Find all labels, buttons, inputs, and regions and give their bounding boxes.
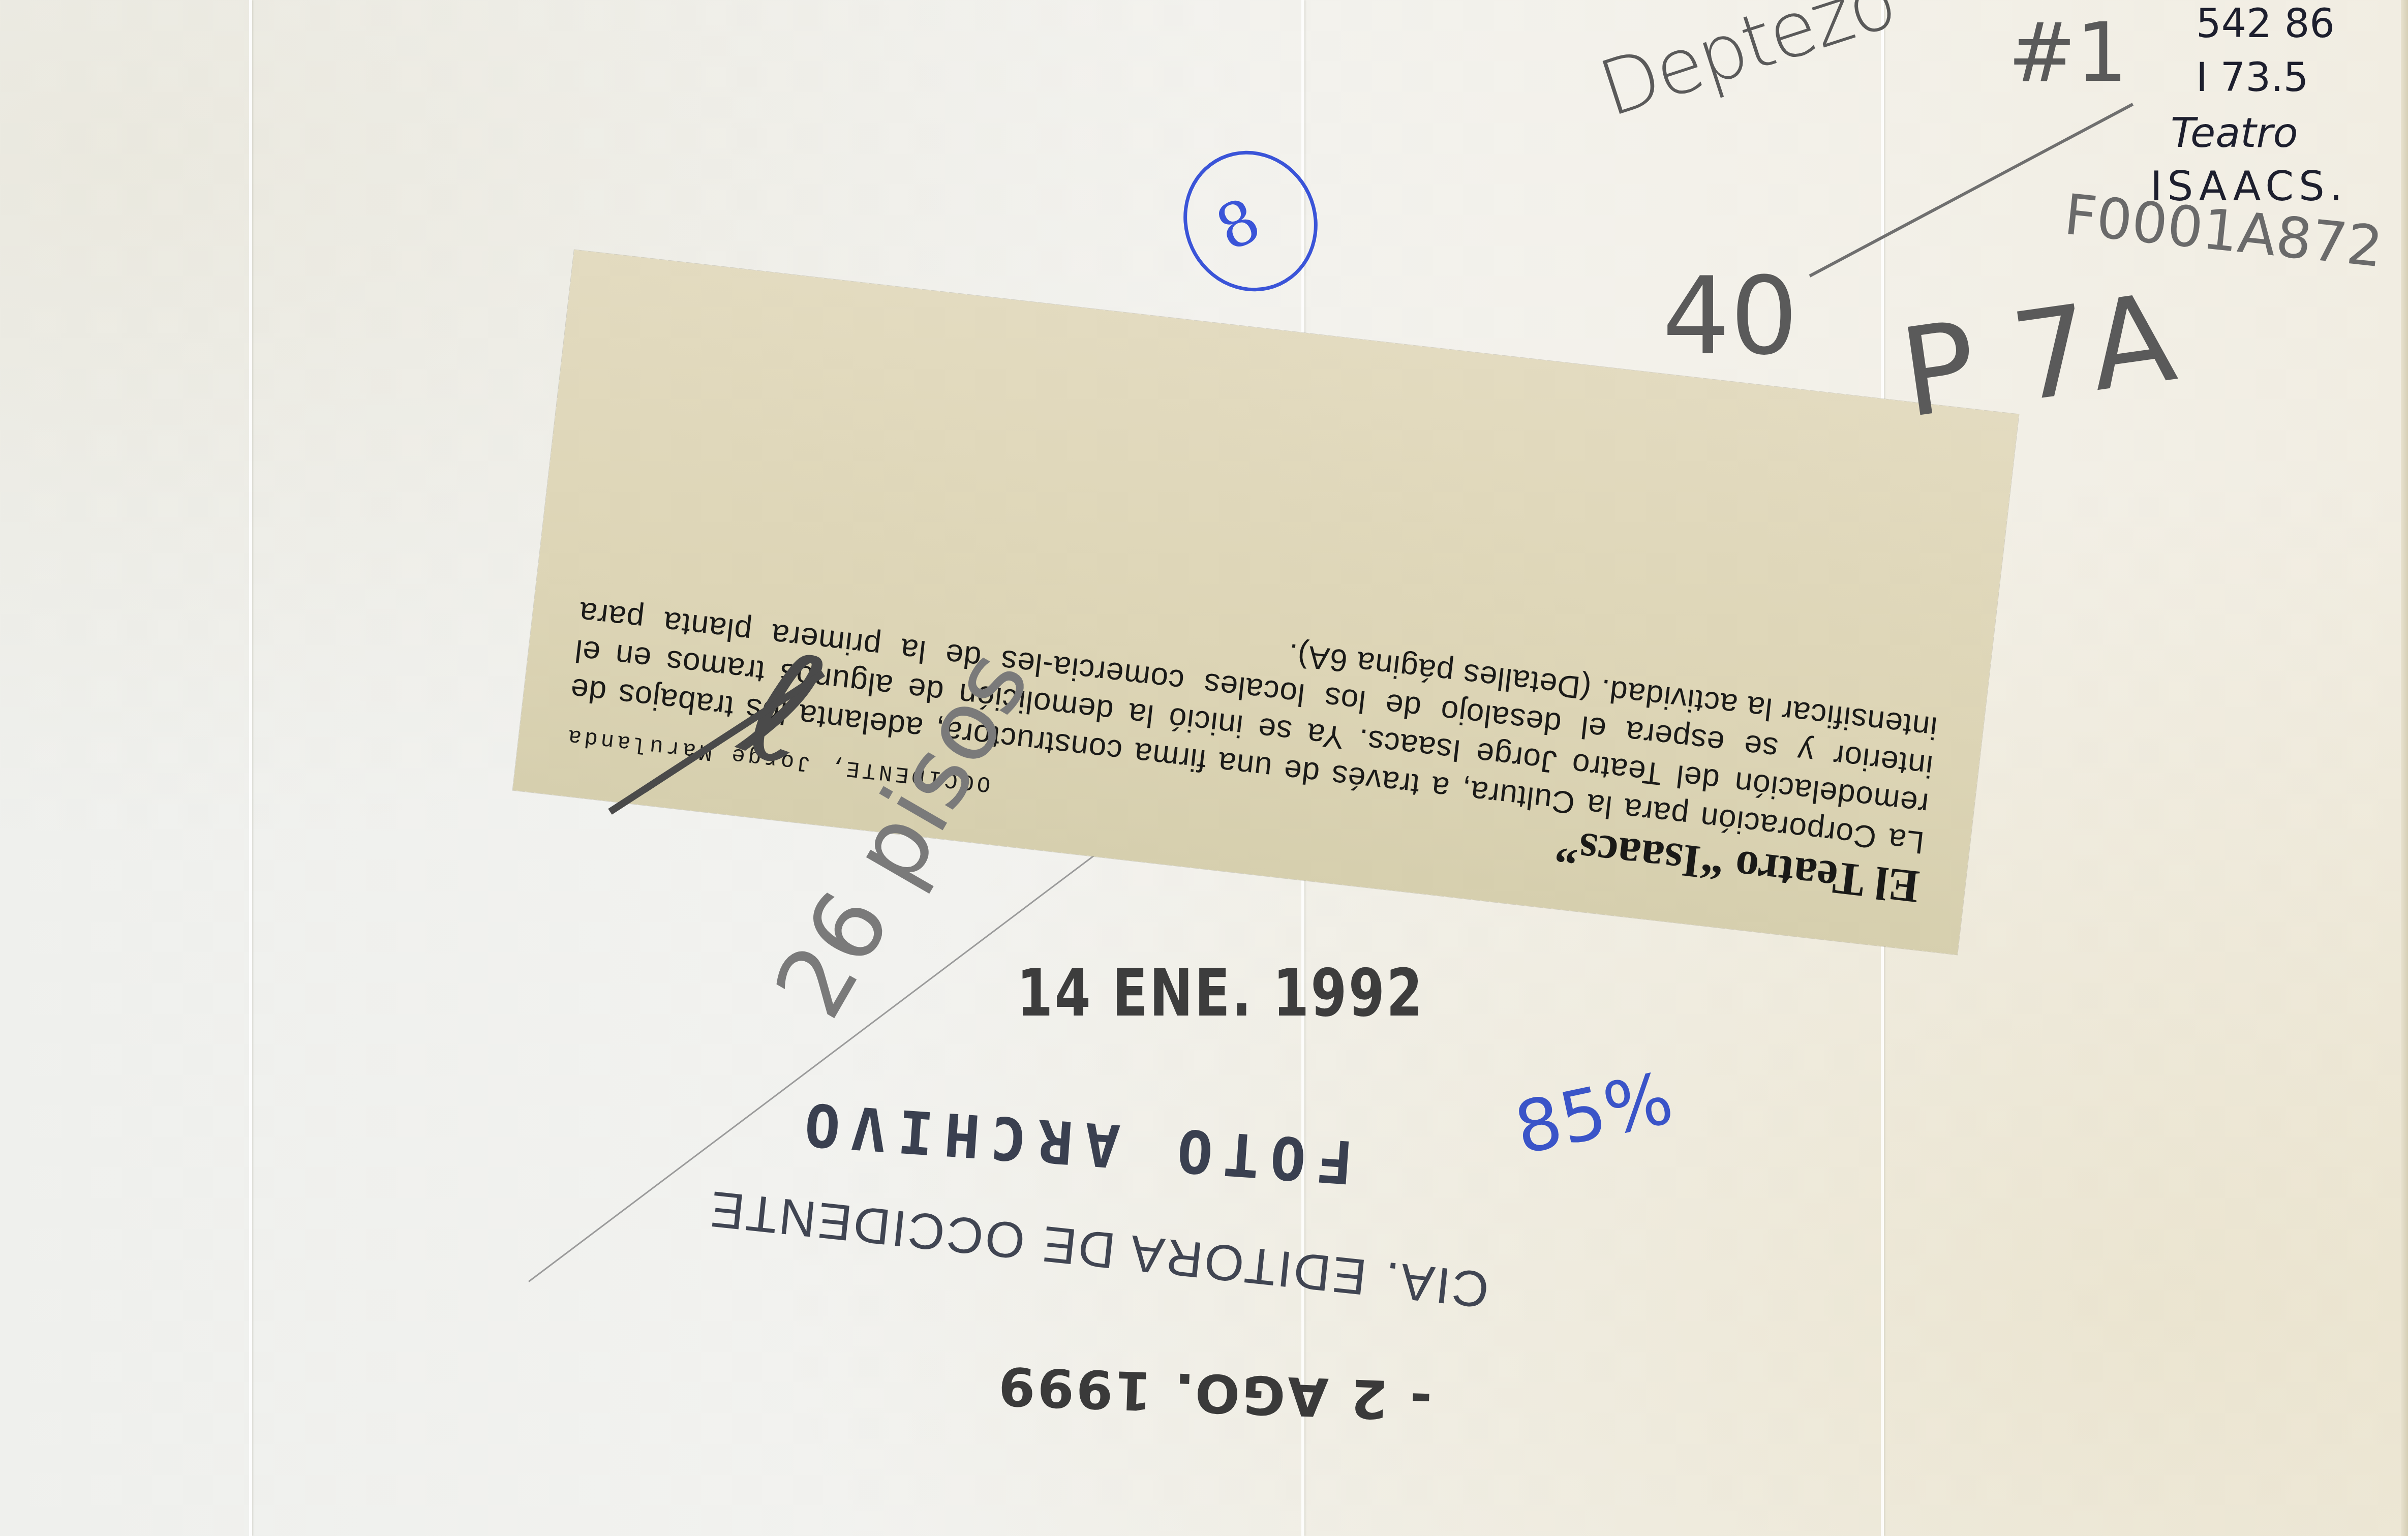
blue-circled-number: 8 [1206, 185, 1271, 265]
pencil-note-hash: #1 [2008, 5, 2128, 100]
paper-edge [2401, 0, 2408, 1536]
pencil-note-40: 40 [1662, 254, 1798, 379]
paper-fold-left [249, 0, 252, 1536]
ink-note-code-2: I 73.5 [2196, 55, 2308, 101]
ink-note-teatro: Teatro [2171, 109, 2298, 157]
ink-note-code-1: 542 86 [2196, 1, 2335, 47]
received-date-stamp: 14 ENE. 1992 [1017, 956, 1424, 1031]
